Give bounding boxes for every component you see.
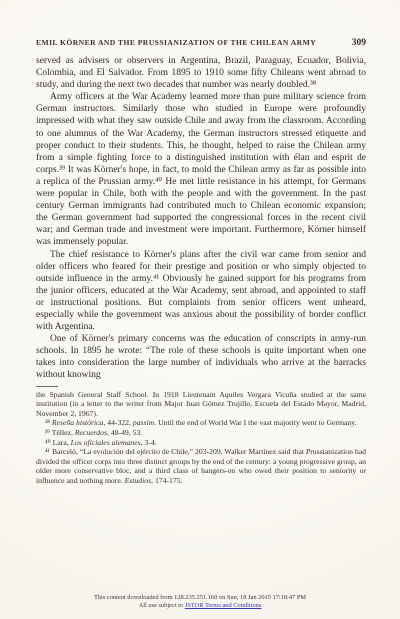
footnote-separator-rule bbox=[36, 386, 58, 387]
running-header: EMIL KÖRNER AND THE PRUSSIANIZATION OF T… bbox=[36, 38, 366, 48]
paragraph-continuation: served as advisers or observers in Argen… bbox=[36, 55, 366, 91]
footnote-39: ³⁹ Téllez, Recuerdos, 48-49, 53. bbox=[36, 428, 366, 438]
terms-line: All use subject to JSTOR Terms and Condi… bbox=[0, 602, 400, 610]
footnotes-section: the Spanish General Staff School. In 191… bbox=[36, 390, 366, 486]
article-body: served as advisers or observers in Argen… bbox=[36, 55, 366, 382]
jstor-terms-link[interactable]: JSTOR Terms and Conditions bbox=[185, 602, 262, 609]
paragraph: One of Körner's primary concerns was the… bbox=[36, 333, 366, 381]
footnote-38: ³⁸ Reseña histórica, 44-322, passim. Unt… bbox=[36, 418, 366, 428]
running-header-title: EMIL KÖRNER AND THE PRUSSIANIZATION OF T… bbox=[36, 38, 316, 47]
download-stamp-line: This content downloaded from 128.235.251… bbox=[0, 594, 400, 602]
jstor-download-stamp: This content downloaded from 128.235.251… bbox=[0, 594, 400, 610]
footnote-continuation: the Spanish General Staff School. In 191… bbox=[36, 390, 366, 419]
footnote-40: ⁴⁰ Lara, Los oficiales alemanes, 3-4. bbox=[36, 438, 366, 448]
terms-line-prefix: All use subject to bbox=[139, 602, 185, 609]
footnote-41: ⁴¹ Barceló, “La evolución del ejército d… bbox=[36, 447, 366, 485]
paragraph: Army officers at the War Academy learned… bbox=[36, 91, 366, 248]
page-number: 309 bbox=[352, 38, 366, 48]
scanned-document-page: EMIL KÖRNER AND THE PRUSSIANIZATION OF T… bbox=[0, 0, 400, 619]
paragraph: The chief resistance to Körner's plans a… bbox=[36, 249, 366, 334]
